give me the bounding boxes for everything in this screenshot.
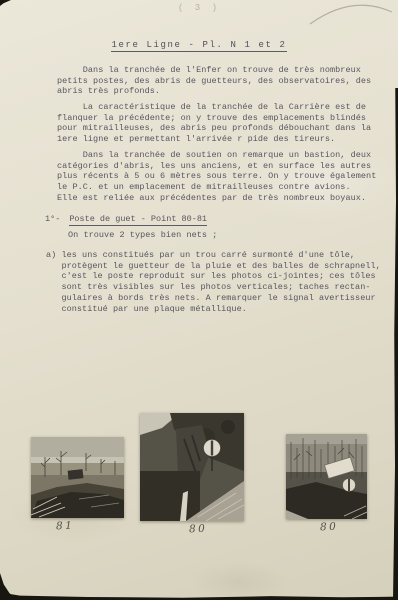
trench-photo-1-image [31, 437, 124, 518]
paper-sheet: ( 3 ) 1ere Ligne - Pl. N 1 et 2 Dans la … [0, 0, 398, 600]
page-curl-crease [308, 0, 394, 30]
photo-caption-2: 80 [189, 523, 208, 536]
trench-photo-2 [140, 413, 244, 521]
scan-edge-bottom [0, 592, 398, 600]
paragraph-3: Dans la tranchée de soutien on remarque … [57, 150, 376, 204]
trench-photo-1 [31, 437, 124, 518]
photo-caption-3: 80 [320, 521, 339, 534]
paragraph-2: La caractéristique de la tranchée de la … [57, 102, 371, 145]
section-intro: On trouve 2 types bien nets ; [68, 230, 217, 241]
list-item-a: a) les uns constitués par un trou carré … [46, 250, 381, 314]
paragraph-1: Dans la tranchée de l'Enfer on trouve de… [57, 65, 371, 97]
section-heading-row: 1°-Poste de guet - Point 80-81 [45, 214, 207, 224]
trench-photo-3 [286, 434, 367, 519]
document-title-row: 1ere Ligne - Pl. N 1 et 2 [0, 34, 398, 52]
document-title: 1ere Ligne - Pl. N 1 et 2 [111, 40, 286, 52]
scan-edge-right [393, 88, 398, 600]
section-number: 1°- [45, 214, 60, 224]
photo-caption-1: 81 [56, 520, 75, 533]
trench-photo-2-image [140, 413, 244, 521]
trench-photo-3-image [286, 434, 367, 519]
section-heading: Poste de guet - Point 80-81 [69, 214, 207, 226]
scanned-document: ( 3 ) 1ere Ligne - Pl. N 1 et 2 Dans la … [0, 0, 398, 600]
